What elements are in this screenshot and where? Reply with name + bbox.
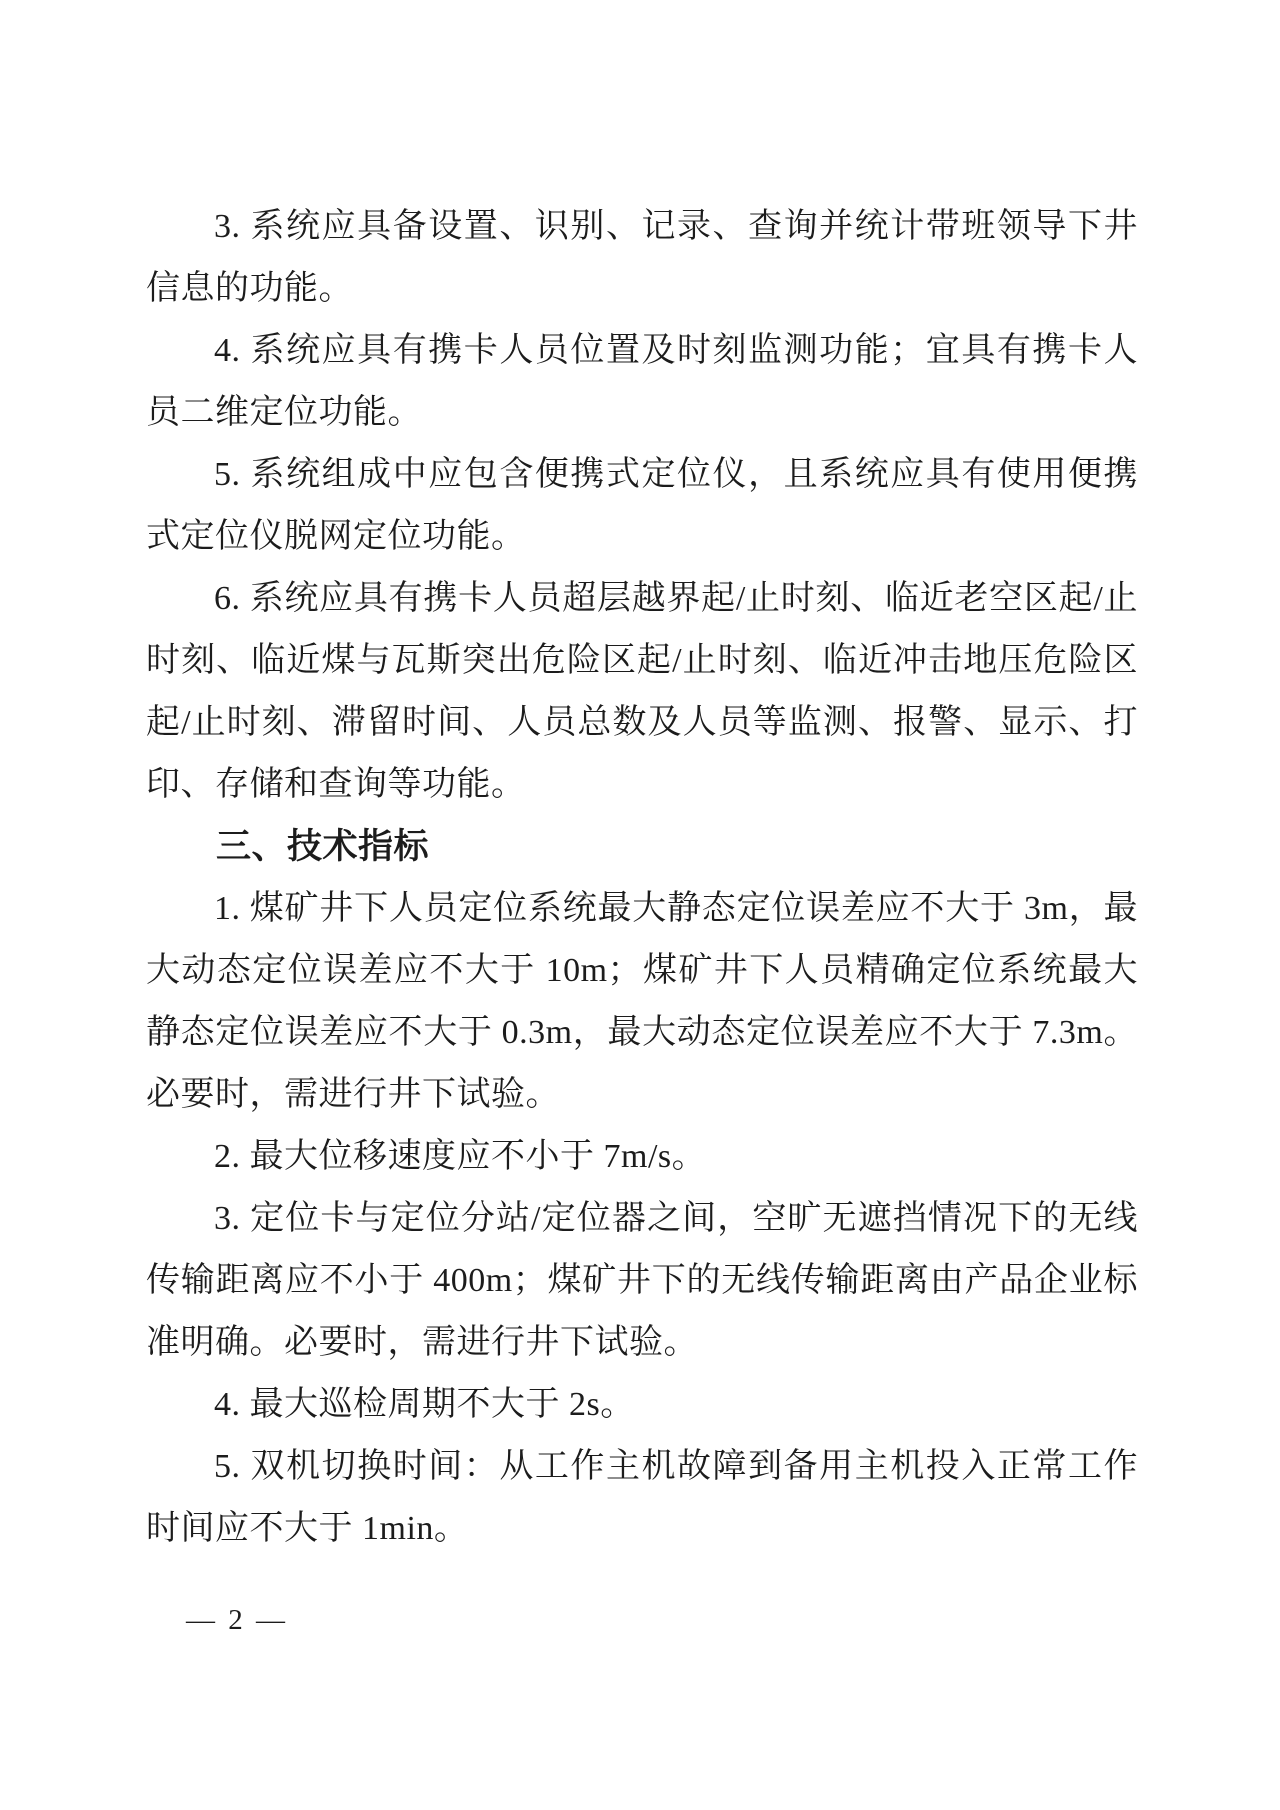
paragraph-item-6-alarm-functions: 6. 系统应具有携卡人员超层越界起/止时刻、临近老空区起/止时刻、临近煤与瓦斯突…: [146, 568, 1138, 816]
paragraph-item-3-functions: 3. 系统应具备设置、识别、记录、查询并统计带班领导下井信息的功能。: [146, 196, 1138, 320]
paragraph-item-5-portable-locator: 5. 系统组成中应包含便携式定位仪，且系统应具有使用便携式定位仪脱网定位功能。: [146, 444, 1138, 568]
paragraph-spec-3-wireless-distance: 3. 定位卡与定位分站/定位器之间，空旷无遮挡情况下的无线传输距离应不小于 40…: [146, 1188, 1138, 1374]
paragraph-spec-4-polling-period: 4. 最大巡检周期不大于 2s。: [146, 1374, 1138, 1436]
paragraph-item-4-monitoring: 4. 系统应具有携卡人员位置及时刻监测功能；宜具有携卡人员二维定位功能。: [146, 320, 1138, 444]
page-number: — 2 —: [186, 1604, 288, 1637]
paragraph-spec-1-positioning-error: 1. 煤矿井下人员定位系统最大静态定位误差应不大于 3m，最大动态定位误差应不大…: [146, 878, 1138, 1126]
section-heading-technical-indicators: 三、技术指标: [146, 816, 1138, 878]
document-page: 3. 系统应具备设置、识别、记录、查询并统计带班领导下井信息的功能。 4. 系统…: [0, 0, 1280, 1810]
paragraph-spec-5-switchover-time: 5. 双机切换时间：从工作主机故障到备用主机投入正常工作时间应不大于 1min。: [146, 1436, 1138, 1560]
paragraph-spec-2-displacement-speed: 2. 最大位移速度应不小于 7m/s。: [146, 1126, 1138, 1188]
document-body: 3. 系统应具备设置、识别、记录、查询并统计带班领导下井信息的功能。 4. 系统…: [146, 196, 1138, 1560]
